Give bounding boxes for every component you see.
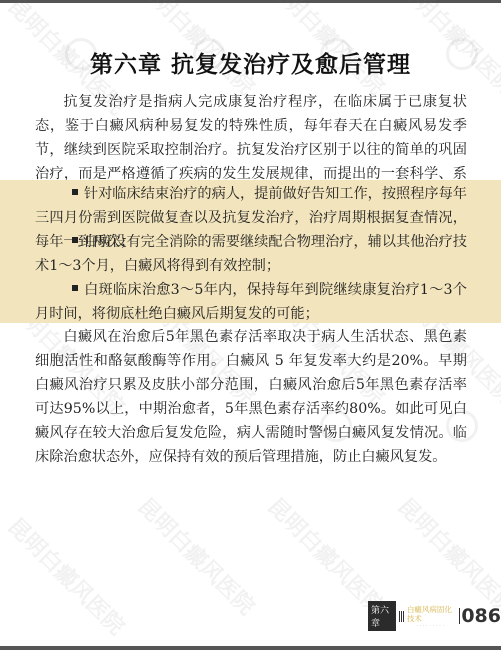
chapter-tag: 第六章 [368, 601, 396, 631]
watermark-text: 昆明白癜风医院 [2, 510, 133, 641]
bullet-square-icon [72, 189, 78, 195]
bullet-square-icon [72, 285, 78, 291]
divider [459, 608, 460, 624]
closing-paragraph: 白癜风在治愈后5年黑色素存活率取决于病人生活状态、黑色素细胞活性和酪氨酸酶等作用… [35, 325, 467, 469]
top-rule [0, 0, 501, 3]
bullet-text: 白斑临床治愈3～5年内，保持每年到院继续康复治疗1～3个月时间，将彻底杜绝白癜风… [35, 282, 467, 322]
page-footer: 第六章 白癜风病固化技术 ········· 086 [368, 606, 501, 626]
bullet-item: 白斑没有完全消除的需要继续配合物理治疗，辅以其他治疗技术1～3个月，白癜风将得到… [35, 230, 467, 278]
page-title: 第六章 抗复发治疗及愈后管理 [0, 46, 501, 79]
bottom-rule [0, 646, 501, 650]
bullet-square-icon [72, 237, 78, 243]
bullet-item: 白斑临床治愈3～5年内，保持每年到院继续康复治疗1～3个月时间，将彻底杜绝白癜风… [35, 278, 467, 326]
bullet-text: 白斑没有完全消除的需要继续配合物理治疗，辅以其他治疗技术1～3个月，白癜风将得到… [35, 234, 467, 274]
watermark-text: 昆明白癜风医院 [392, 490, 501, 621]
book-title-block: 白癜风病固化技术 ········· [407, 605, 456, 628]
barcode-decoration-icon [399, 611, 404, 622]
book-subtitle: ········· [416, 623, 445, 628]
book-title: 白癜风病固化技术 [407, 605, 456, 623]
page-number: 086 [461, 605, 501, 627]
watermark-text: 昆明白癜风医院 [132, 490, 263, 621]
